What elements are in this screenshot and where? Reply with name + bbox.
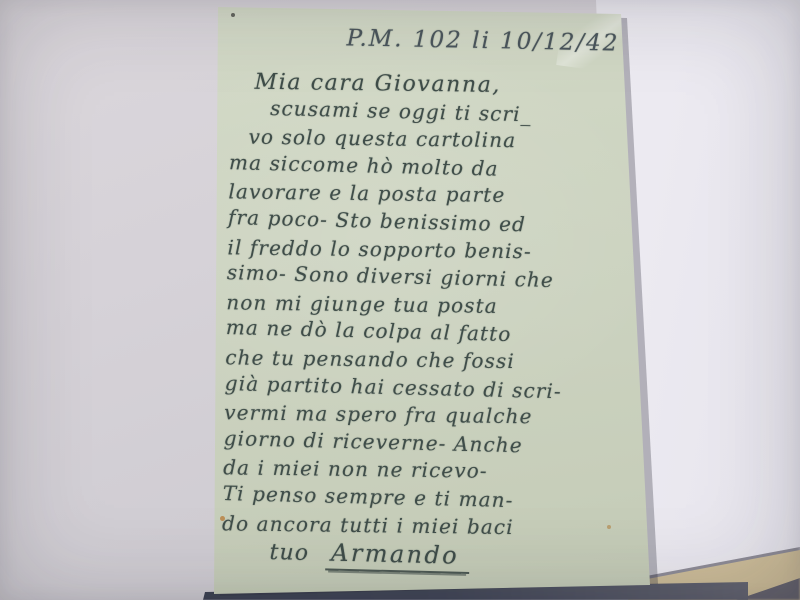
- stain-speck: [220, 516, 225, 521]
- stain-speck: [607, 525, 611, 529]
- stain-speck: [231, 13, 235, 17]
- letter-body: Mia cara Giovanna, scusami se oggi ti sc…: [213, 67, 626, 573]
- postmark-date-line: P.M. 102 li 10/12/42: [223, 10, 628, 57]
- handwritten-text-block: P.M. 102 li 10/12/42 Mia cara Giovanna, …: [213, 10, 628, 573]
- photo-frame: P.M. 102 li 10/12/42 Mia cara Giovanna, …: [0, 0, 800, 600]
- signature-name: Armando: [325, 539, 470, 575]
- signature-line: tuoArmando: [269, 538, 618, 574]
- closing-word: tuo: [269, 540, 309, 566]
